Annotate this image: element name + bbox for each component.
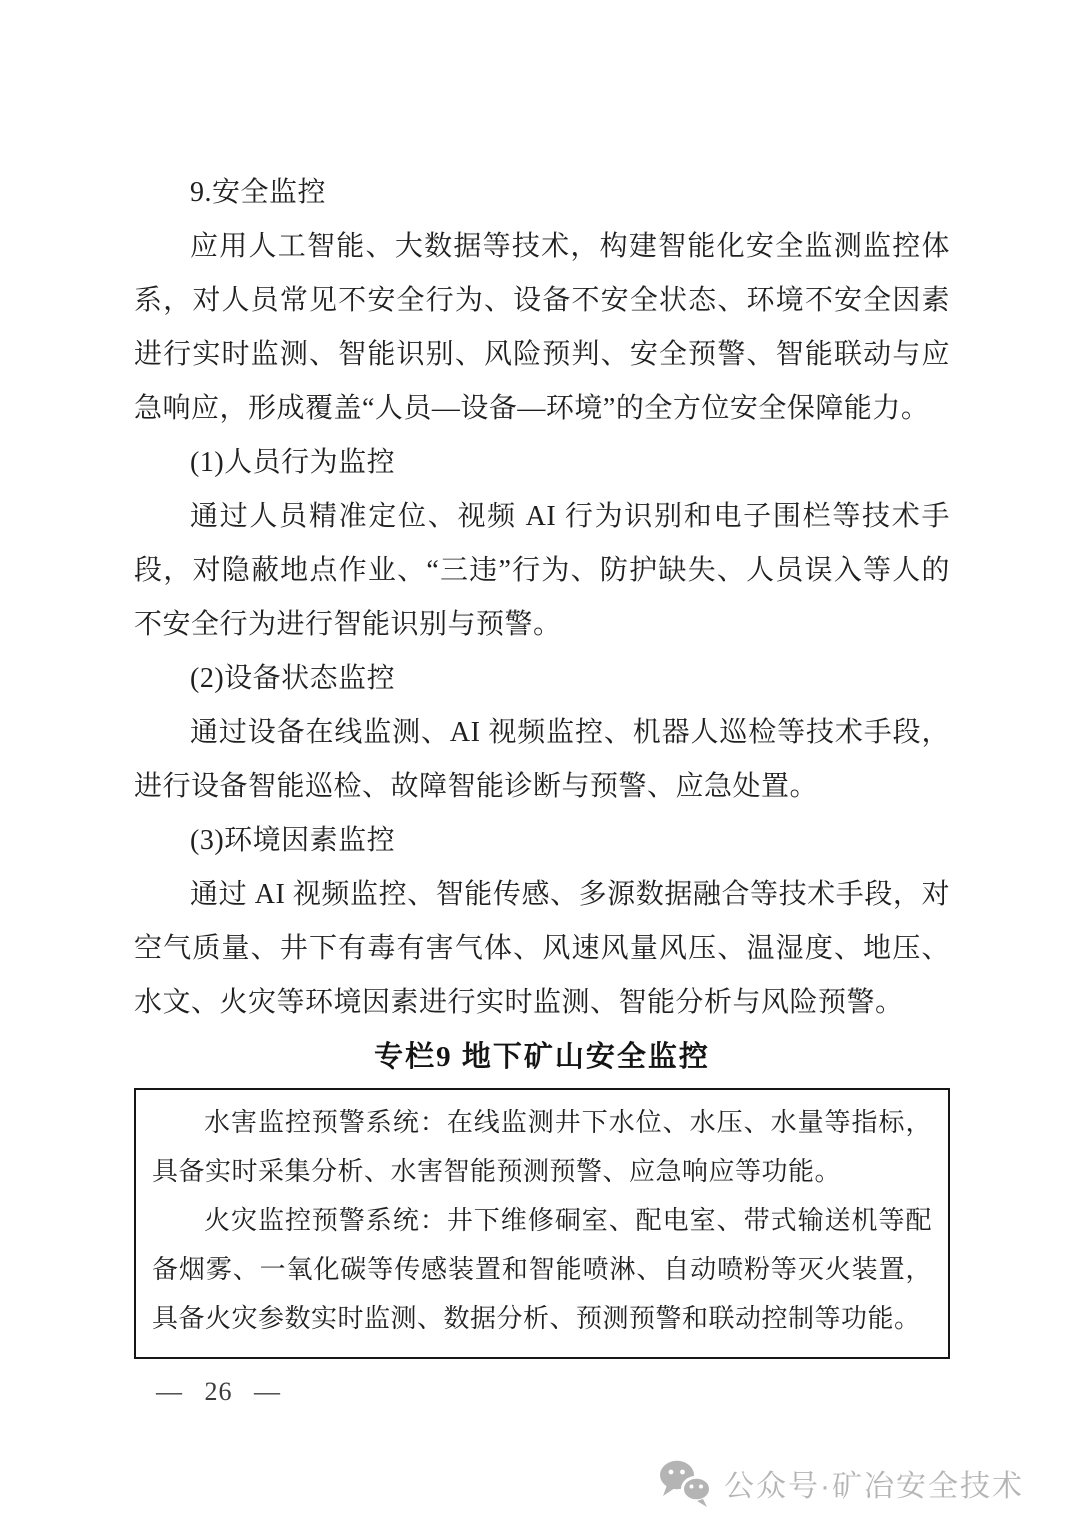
paragraph-equipment-monitoring: 通过设备在线监测、AI 视频监控、机器人巡检等技术手段，进行设备智能巡检、故障智… xyxy=(134,706,950,814)
subheading-equipment-monitoring: (2)设备状态监控 xyxy=(134,652,950,706)
document-page: 9.安全监控 应用人工智能、大数据等技术，构建智能化安全监测监控体系，对人员常见… xyxy=(0,0,1080,1527)
subheading-personnel-monitoring: (1)人员行为监控 xyxy=(134,436,950,490)
subheading-environment-monitoring: (3)环境因素监控 xyxy=(134,814,950,868)
special-column-box: 水害监控预警系统：在线监测井下水位、水压、水量等指标，具备实时采集分析、水害智能… xyxy=(134,1088,950,1359)
wechat-icon xyxy=(658,1459,712,1507)
footer-watermark-label: 公众号·矿冶安全技术 xyxy=(724,1461,1024,1505)
panel-paragraph-flood-warning: 水害监控预警系统：在线监测井下水位、水压、水量等指标，具备实时采集分析、水害智能… xyxy=(152,1098,932,1196)
document-content: 9.安全监控 应用人工智能、大数据等技术，构建智能化安全监测监控体系，对人员常见… xyxy=(134,166,950,1407)
paragraph-overview: 应用人工智能、大数据等技术，构建智能化安全监测监控体系，对人员常见不安全行为、设… xyxy=(134,220,950,436)
paragraph-personnel-monitoring: 通过人员精准定位、视频 AI 行为识别和电子围栏等技术手段，对隐蔽地点作业、“三… xyxy=(134,490,950,652)
panel-paragraph-fire-warning: 火灾监控预警系统：井下维修硐室、配电室、带式输送机等配备烟雾、一氧化碳等传感装置… xyxy=(152,1196,932,1343)
page-number: — 26 — xyxy=(134,1377,950,1407)
footer-watermark: 公众号·矿冶安全技术 xyxy=(658,1459,1024,1507)
special-column-title: 专栏9 地下矿山安全监控 xyxy=(134,1034,950,1080)
section-heading: 9.安全监控 xyxy=(134,166,950,220)
paragraph-environment-monitoring: 通过 AI 视频监控、智能传感、多源数据融合等技术手段，对空气质量、井下有毒有害… xyxy=(134,868,950,1030)
